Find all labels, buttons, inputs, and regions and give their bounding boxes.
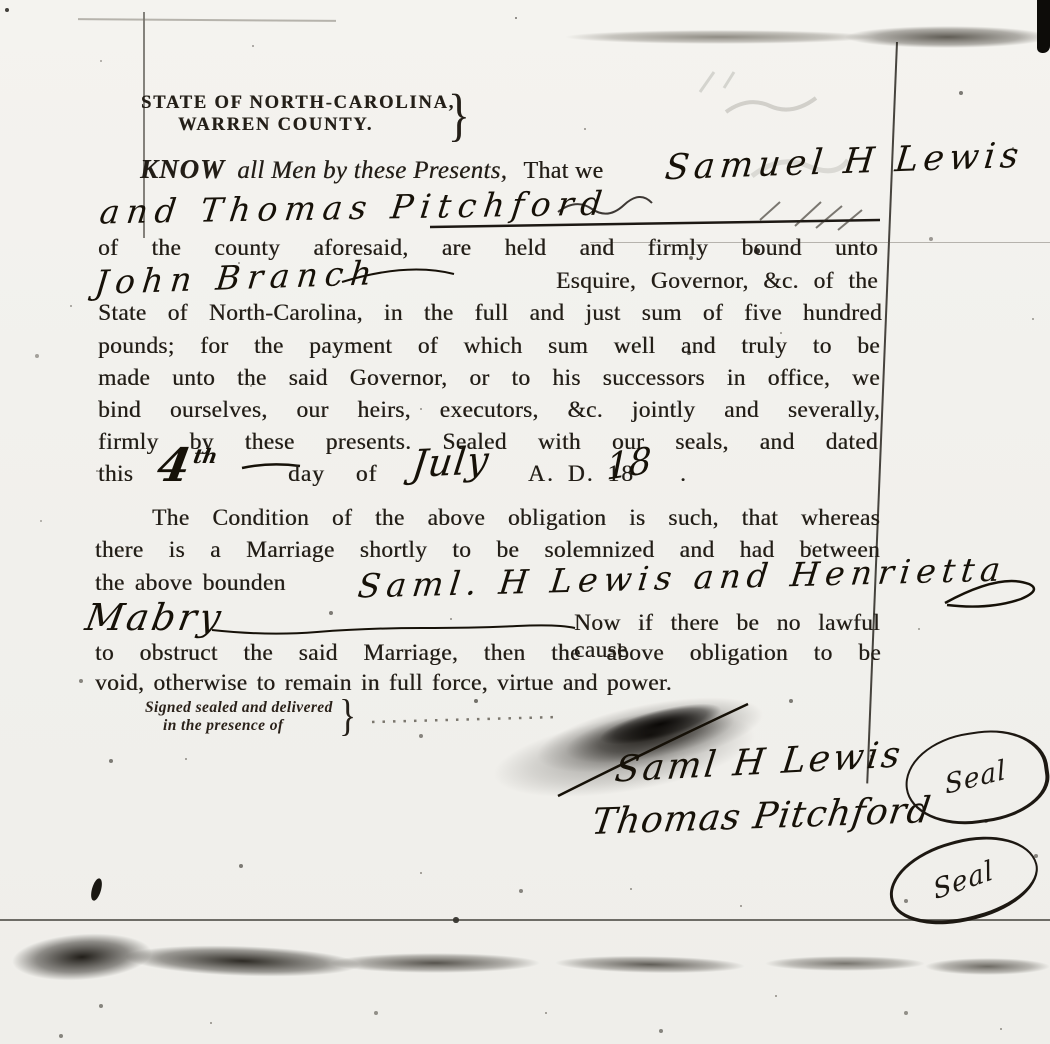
presents-phrase: all Men by these Presents, — [237, 157, 507, 184]
know-word: KNOW — [140, 154, 225, 184]
header-state-line: STATE OF NORTH-CAROLINA, — [141, 93, 455, 114]
top-edge-shadow-band-dark — [845, 26, 1050, 48]
torn-edge-band-mid2 — [555, 954, 745, 974]
bleedthrough-writing-3 — [700, 72, 734, 92]
bond-line-state: State of North-Carolina, in the full and… — [98, 300, 882, 327]
day-suffix: th — [191, 444, 219, 468]
signature-surety: Thomas Pitchford — [589, 790, 934, 843]
header-county-line: WARREN COUNTY. — [178, 115, 373, 136]
top-right-corner-bar — [1037, 0, 1050, 53]
condition-line-5: to obstruct the said Marriage, then the … — [95, 640, 881, 667]
scanned-marriage-bond-document: STATE OF NORTH-CAROLINA, WARREN COUNTY. … — [0, 0, 1050, 1044]
torn-edge-blob-left2 — [125, 942, 361, 980]
opening-line: KNOW all Men by these Presents, That we — [140, 156, 603, 185]
seal-text-surety: Seal — [931, 854, 997, 905]
header-brace: } — [448, 84, 470, 146]
seal-oval-surety: Seal — [880, 822, 1047, 939]
condition-line-3-printed: the above bounden — [95, 570, 286, 597]
bleedthrough-writing-1 — [726, 98, 816, 112]
date-day-of: day of — [288, 461, 377, 488]
torn-edge-blob-left — [11, 929, 154, 985]
witness-dotted-line — [372, 717, 558, 722]
torn-edge-band-mid — [330, 953, 540, 973]
handwritten-year: 18 — [606, 440, 652, 489]
handwritten-bride-surname: Mabry — [82, 596, 227, 639]
witness-brace: } — [339, 693, 356, 739]
handwritten-groom-name: Samuel H Lewis — [663, 136, 1025, 189]
bottom-small-mark — [89, 877, 104, 902]
handwritten-day: 4th — [153, 438, 218, 492]
top-left-crease — [78, 18, 336, 22]
signature-groom: Saml H Lewis — [613, 734, 906, 790]
pen-hatch-marks — [760, 202, 862, 230]
witness-line-2: in the presence of — [163, 717, 283, 735]
top-edge-shadow-band — [565, 30, 875, 44]
bond-line-pounds: pounds; for the payment of which sum wel… — [98, 333, 880, 360]
date-this-word: this — [98, 461, 133, 488]
that-we-phrase: That we — [523, 158, 603, 184]
bride-name-flourish-line — [212, 625, 575, 633]
bond-line-esquire: Esquire, Governor, &c. of the — [556, 268, 878, 295]
bottom-rule-line — [0, 919, 1050, 921]
torn-edge-band-right2 — [925, 958, 1050, 975]
bond-line-made: made unto the said Governor, or to his s… — [98, 365, 880, 392]
witness-line-1: Signed sealed and delivered — [145, 699, 333, 717]
bond-line-bind: bind ourselves, our heirs, executors, &c… — [98, 397, 880, 424]
handwritten-month: July — [409, 438, 492, 486]
torn-edge-band-right — [765, 956, 925, 971]
handwritten-surety-name: and Thomas Pitchford — [98, 184, 612, 232]
paper-speckles — [0, 0, 2, 2]
condition-line-6: void, otherwise to remain in full force,… — [95, 670, 672, 697]
date-period: . — [680, 461, 686, 488]
condition-line-1: The Condition of the above obligation is… — [152, 505, 880, 532]
seal-text-groom: Seal — [944, 754, 1009, 800]
